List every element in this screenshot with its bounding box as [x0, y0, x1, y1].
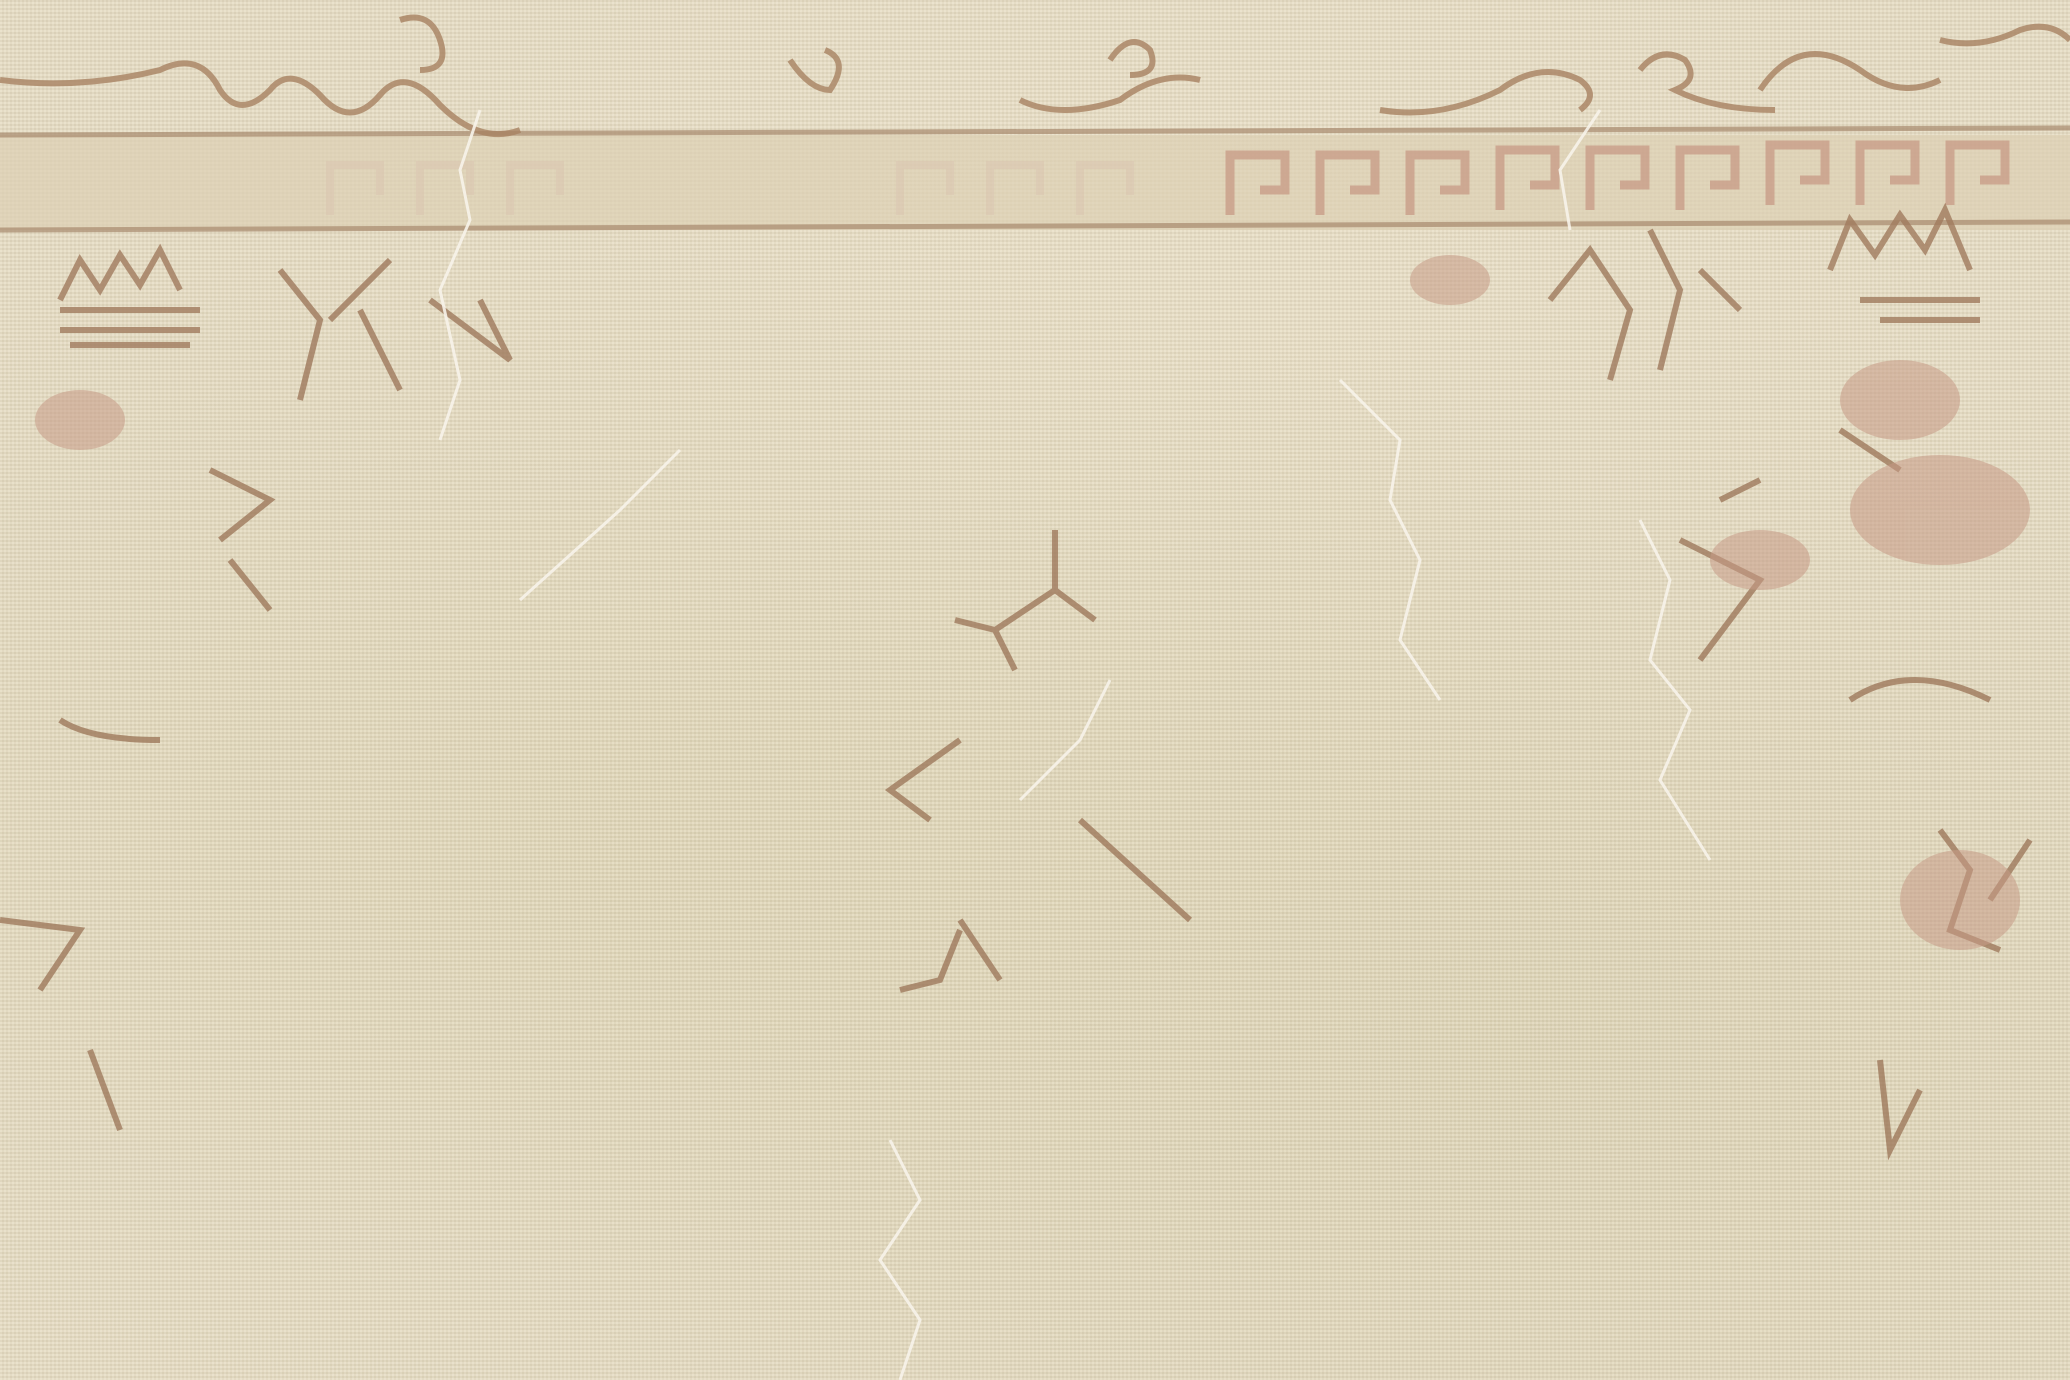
branch-motifs	[0, 230, 2030, 1150]
crown-left	[60, 250, 200, 345]
rug-motifs	[0, 0, 2070, 1380]
wear-lines	[440, 110, 1710, 1380]
fret-band	[0, 135, 2070, 230]
rug-photo	[0, 0, 2070, 1380]
scroll-vine-border	[0, 18, 2070, 135]
